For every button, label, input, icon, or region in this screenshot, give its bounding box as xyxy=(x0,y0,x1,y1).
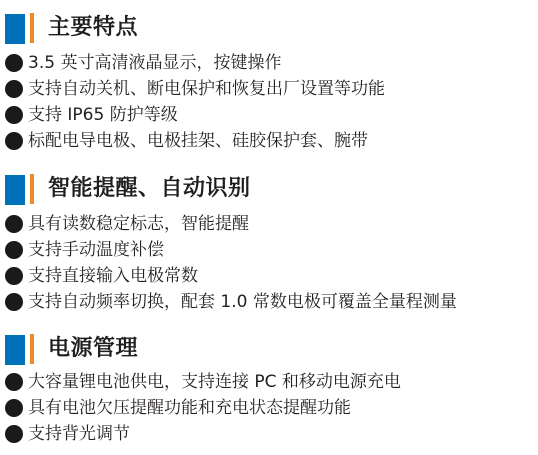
bullet-icon xyxy=(5,399,23,417)
list-item: 具有读数稳定标志，智能提醒 xyxy=(0,211,538,237)
list-item: 具有电池欠压提醒功能和充电状态提醒功能 xyxy=(0,395,538,421)
section-title: 电源管理 xyxy=(48,334,138,364)
feature-list: 具有读数稳定标志，智能提醒 支持手动温度补偿 支持直接输入电极常数 支持自动频率… xyxy=(0,211,538,315)
section-power-management: 电源管理 大容量锂电池供电，支持连接 PC 和移动电源充电 具有电池欠压提醒功能… xyxy=(0,335,538,447)
heading-marker-blue-icon xyxy=(5,14,25,44)
bullet-icon xyxy=(5,373,23,391)
bullet-icon xyxy=(5,293,23,311)
feature-list: 3.5 英寸高清液晶显示，按键操作 支持自动关机、断电保护和恢复出厂设置等功能 … xyxy=(0,50,538,154)
list-item: 支持 IP65 防护等级 xyxy=(0,102,538,128)
bullet-icon xyxy=(5,215,23,233)
heading-marker-orange-icon xyxy=(30,13,34,43)
bullet-icon xyxy=(5,267,23,285)
heading-marker-blue-icon xyxy=(5,335,25,365)
section-heading: 电源管理 xyxy=(0,335,538,367)
list-item: 3.5 英寸高清液晶显示，按键操作 xyxy=(0,50,538,76)
section-title: 主要特点 xyxy=(48,13,138,43)
bullet-icon xyxy=(5,132,23,150)
list-item: 支持手动温度补偿 xyxy=(0,237,538,263)
list-item: 支持自动频率切换，配套 1.0 常数电极可覆盖全量程测量 xyxy=(0,289,538,315)
bullet-icon xyxy=(5,106,23,124)
list-item: 支持直接输入电极常数 xyxy=(0,263,538,289)
bullet-icon xyxy=(5,241,23,259)
heading-marker-blue-icon xyxy=(5,175,25,205)
section-title: 智能提醒、自动识别 xyxy=(48,174,251,204)
list-item: 标配电导电极、电极挂架、硅胶保护套、腕带 xyxy=(0,128,538,154)
heading-marker-orange-icon xyxy=(30,334,34,364)
section-heading: 智能提醒、自动识别 xyxy=(0,175,538,207)
bullet-icon xyxy=(5,80,23,98)
section-smart-reminder: 智能提醒、自动识别 具有读数稳定标志，智能提醒 支持手动温度补偿 支持直接输入电… xyxy=(0,175,538,315)
list-item: 支持背光调节 xyxy=(0,421,538,447)
section-heading: 主要特点 xyxy=(0,14,538,46)
list-item: 支持自动关机、断电保护和恢复出厂设置等功能 xyxy=(0,76,538,102)
heading-marker-orange-icon xyxy=(30,174,34,204)
feature-list: 大容量锂电池供电，支持连接 PC 和移动电源充电 具有电池欠压提醒功能和充电状态… xyxy=(0,369,538,447)
list-item: 大容量锂电池供电，支持连接 PC 和移动电源充电 xyxy=(0,369,538,395)
bullet-icon xyxy=(5,425,23,443)
bullet-icon xyxy=(5,54,23,72)
section-main-features: 主要特点 3.5 英寸高清液晶显示，按键操作 支持自动关机、断电保护和恢复出厂设… xyxy=(0,14,538,154)
